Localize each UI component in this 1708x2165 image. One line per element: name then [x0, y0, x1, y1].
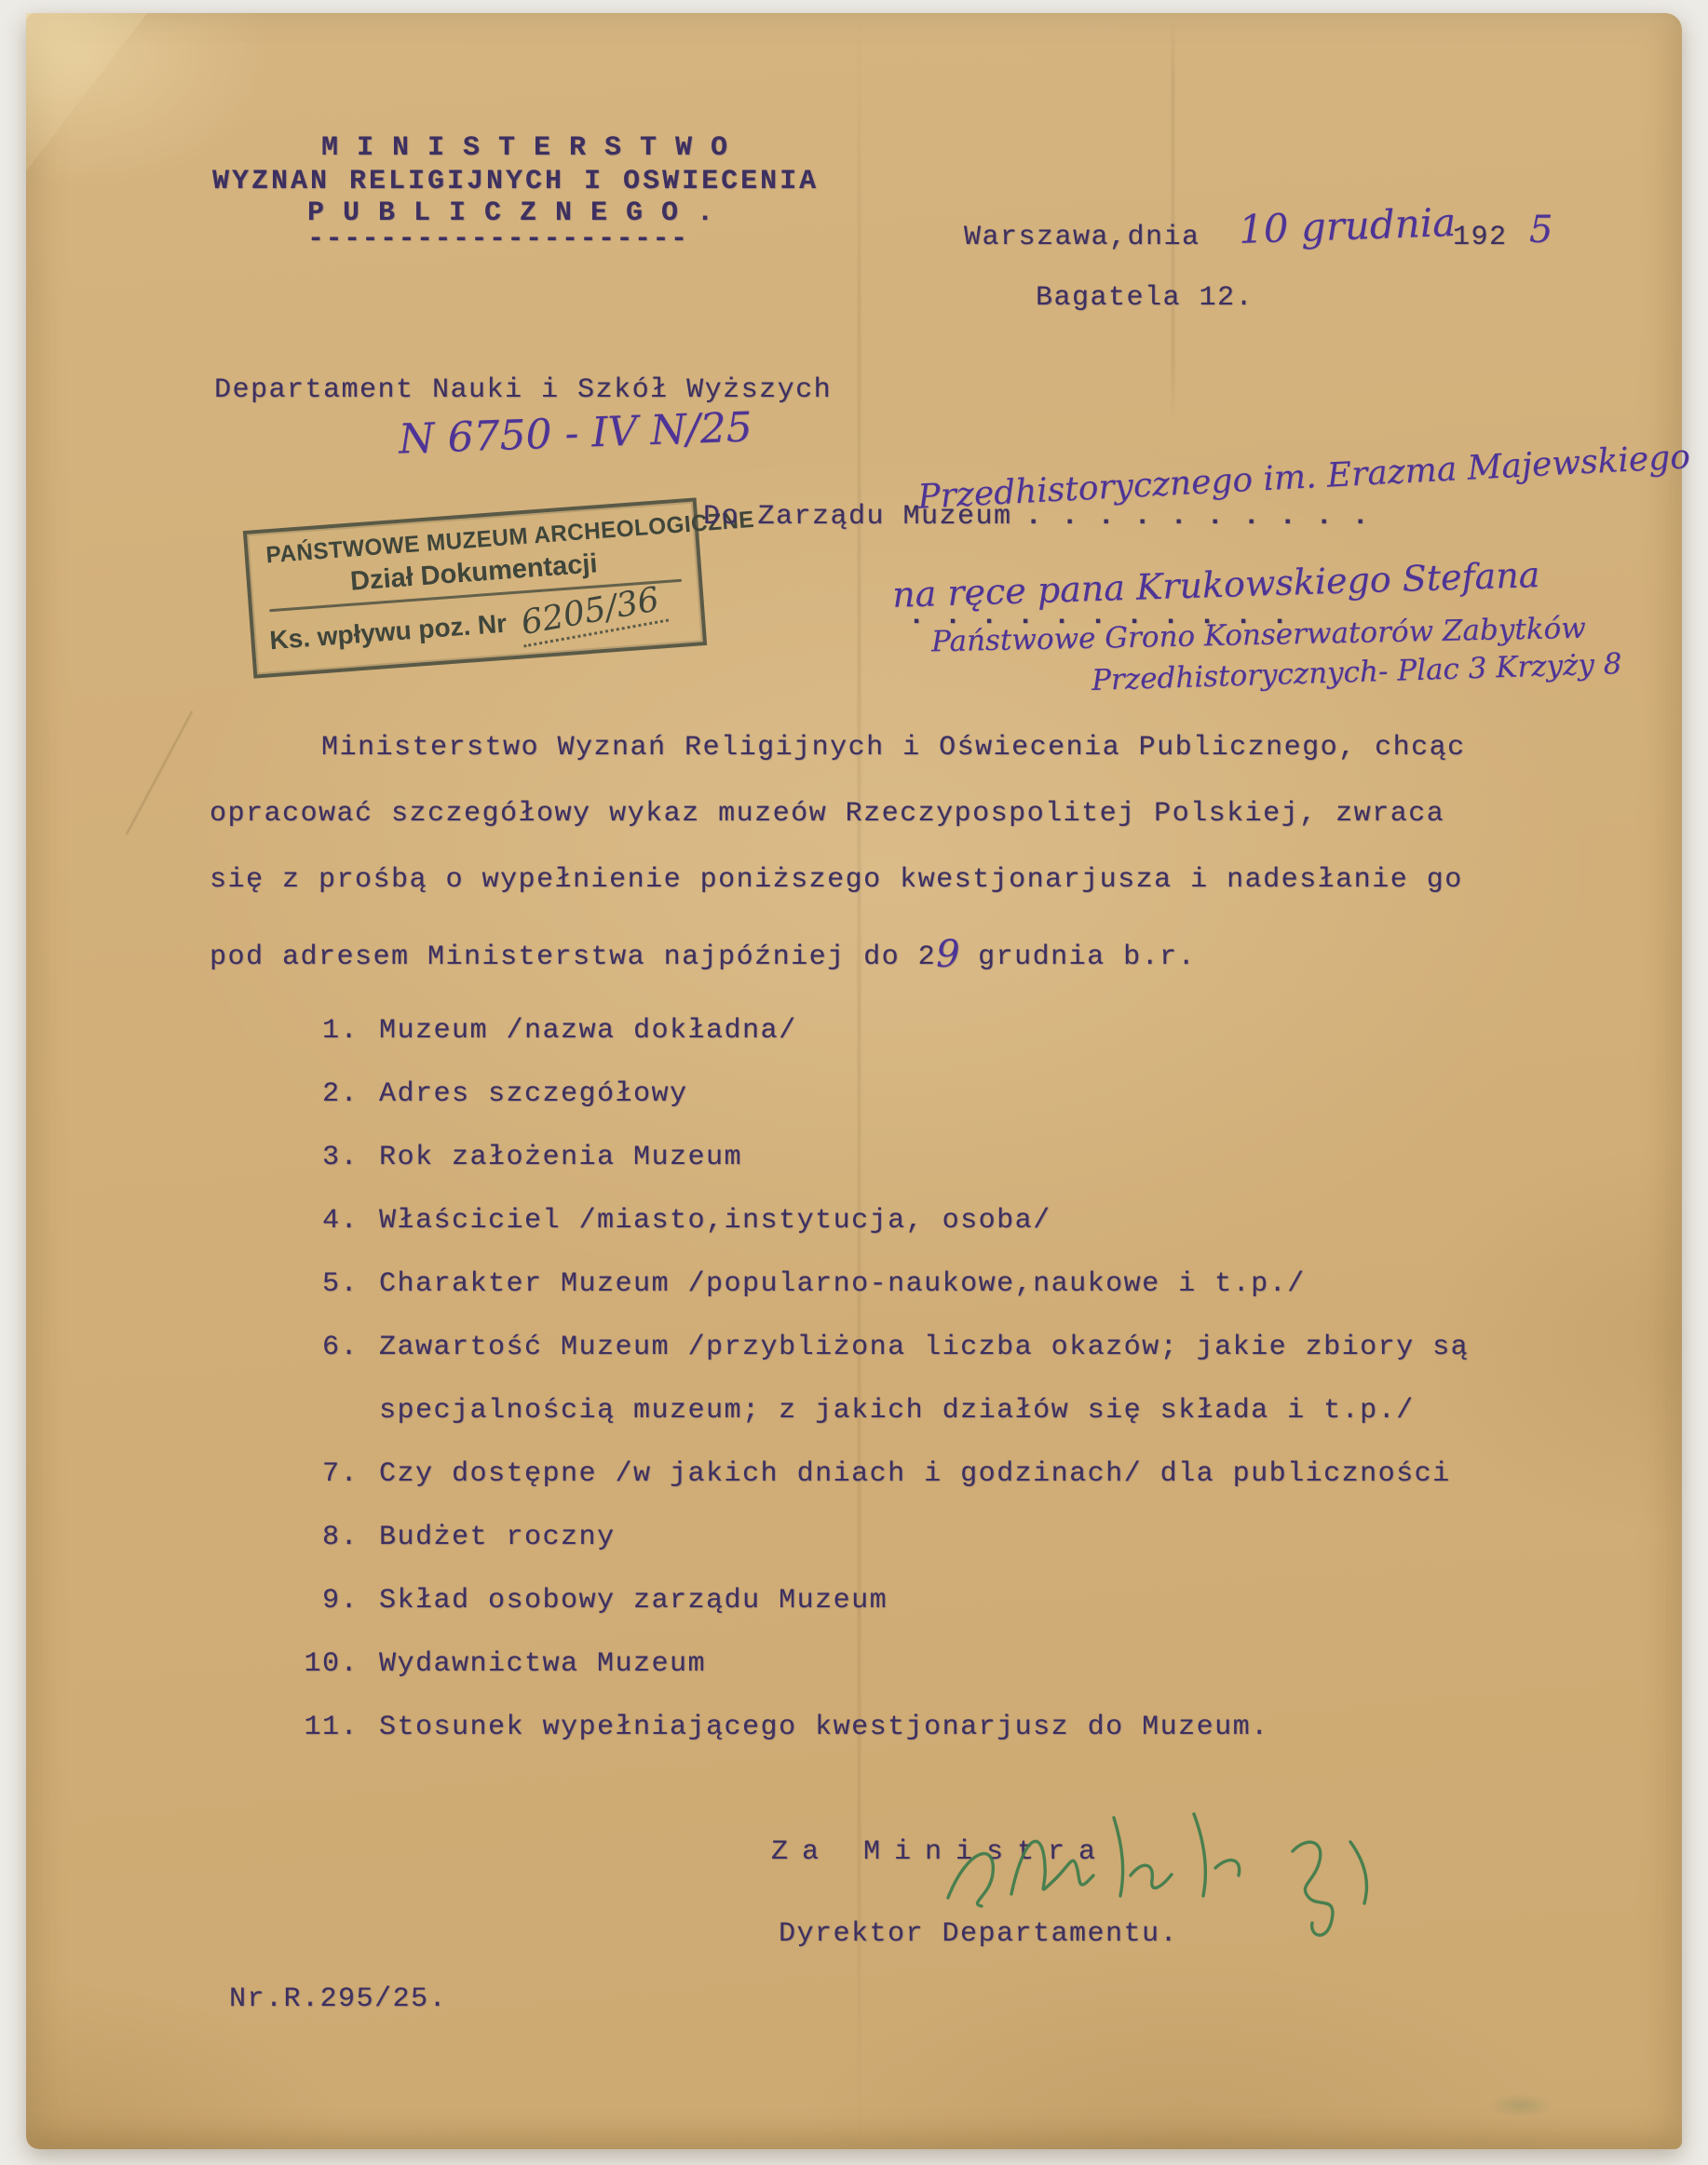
- item-text: Czy dostępne /w jakich dniach i godzinac…: [379, 1458, 1451, 1490]
- ink-smudge: [1488, 2093, 1553, 2118]
- item-number: 7.: [279, 1458, 359, 1490]
- dateline-date-handwritten: 10 grudnia: [1238, 199, 1457, 252]
- questionnaire-item-1: 1.Muzeum /nazwa dokładna/: [279, 1015, 797, 1047]
- item-number: 5.: [279, 1268, 359, 1300]
- item-number: 10.: [279, 1648, 359, 1680]
- questionnaire-item-6-continued: specjalnością muzeum; z jakich działów s…: [279, 1395, 1415, 1427]
- body-line-4-pre: pod adresem Ministerstwa najpóźniej do 2: [210, 941, 936, 973]
- questionnaire-item-7: 7.Czy dostępne /w jakich dniach i godzin…: [279, 1458, 1451, 1490]
- item-number: 3.: [279, 1142, 359, 1173]
- item-number: 9.: [279, 1585, 359, 1617]
- questionnaire-item-5: 5.Charakter Muzeum /popularno-naukowe,na…: [279, 1268, 1306, 1300]
- dateline-place: Warszawa,dnia: [964, 222, 1200, 253]
- questionnaire-item-2: 2.Adres szczegółowy: [279, 1078, 688, 1110]
- stamp-entry-label: Ks. wpływu poz. Nr: [268, 609, 508, 656]
- item-text: Zawartość Muzeum /przybliżona liczba oka…: [379, 1332, 1469, 1363]
- questionnaire-item-4: 4.Właściciel /miasto,instytucja, osoba/: [279, 1205, 1051, 1237]
- item-text: Skład osobowy zarządu Muzeum: [379, 1585, 888, 1617]
- item-text: Adres szczegółowy: [379, 1078, 688, 1110]
- item-text: Muzeum /nazwa dokładna/: [379, 1015, 797, 1047]
- item-text: Wydawnictwa Muzeum: [379, 1648, 706, 1680]
- letterhead-line-1: MINISTERSTWO: [321, 132, 746, 164]
- closing-signer-title: Dyrektor Departamentu.: [779, 1918, 1178, 1950]
- item-number: 6.: [279, 1332, 359, 1363]
- item-number: 2.: [279, 1078, 359, 1110]
- item-number: 8.: [279, 1522, 359, 1553]
- body-line-2: opracować szczegółowy wykaz muzeów Rzecz…: [210, 798, 1444, 830]
- fold-crease-vertical: [858, 19, 861, 2142]
- letterhead-line-2: WYZNAN RELIGIJNYCH I OSWIECENIA: [212, 166, 819, 197]
- item-text: Budżet roczny: [379, 1522, 616, 1553]
- department-name: Departament Nauki i Szkół Wyższych: [214, 374, 832, 406]
- footer-reference: Nr.R.295/25.: [229, 1983, 447, 2015]
- item-text: Rok założenia Muzeum: [379, 1142, 742, 1173]
- letterhead-divider: ---------------------: [307, 223, 689, 255]
- body-line-1: Ministerstwo Wyznań Religijnych i Oświec…: [321, 732, 1466, 764]
- body-line-4: pod adresem Ministerstwa najpóźniej do 2…: [210, 930, 1196, 973]
- item-number: 11.: [279, 1712, 359, 1743]
- questionnaire-item-6: 6.Zawartość Muzeum /przybliżona liczba o…: [279, 1332, 1469, 1363]
- item-number: 4.: [279, 1205, 359, 1237]
- dateline-year-handwritten: 5: [1529, 209, 1552, 251]
- questionnaire-item-10: 10.Wydawnictwa Muzeum: [279, 1648, 706, 1680]
- questionnaire-item-3: 3.Rok założenia Muzeum: [279, 1142, 742, 1173]
- fold-crease-short: [1172, 19, 1174, 419]
- item-text: specjalnością muzeum; z jakich działów s…: [379, 1395, 1415, 1427]
- body-line-3: się z prośbą o wypełnienie poniższego kw…: [210, 864, 1463, 896]
- questionnaire-item-8: 8.Budżet roczny: [279, 1522, 616, 1553]
- dateline-street: Bagatela 12.: [1036, 282, 1254, 314]
- body-line-4-handwritten-digit: 9: [936, 933, 959, 976]
- questionnaire-item-11: 11.Stosunek wypełniającego kwestjonarjus…: [279, 1712, 1269, 1743]
- body-line-4-post: grudnia b.r.: [960, 941, 1197, 973]
- questionnaire-item-9: 9.Skład osobowy zarządu Muzeum: [279, 1585, 888, 1617]
- item-text: Właściciel /miasto,instytucja, osoba/: [379, 1205, 1051, 1237]
- item-text: Charakter Muzeum /popularno-naukowe,nauk…: [379, 1268, 1306, 1300]
- item-text: Stosunek wypełniającego kwestjonarjusz d…: [379, 1712, 1269, 1743]
- item-number: 1.: [279, 1015, 359, 1047]
- dateline-year-typed: 192: [1453, 222, 1508, 253]
